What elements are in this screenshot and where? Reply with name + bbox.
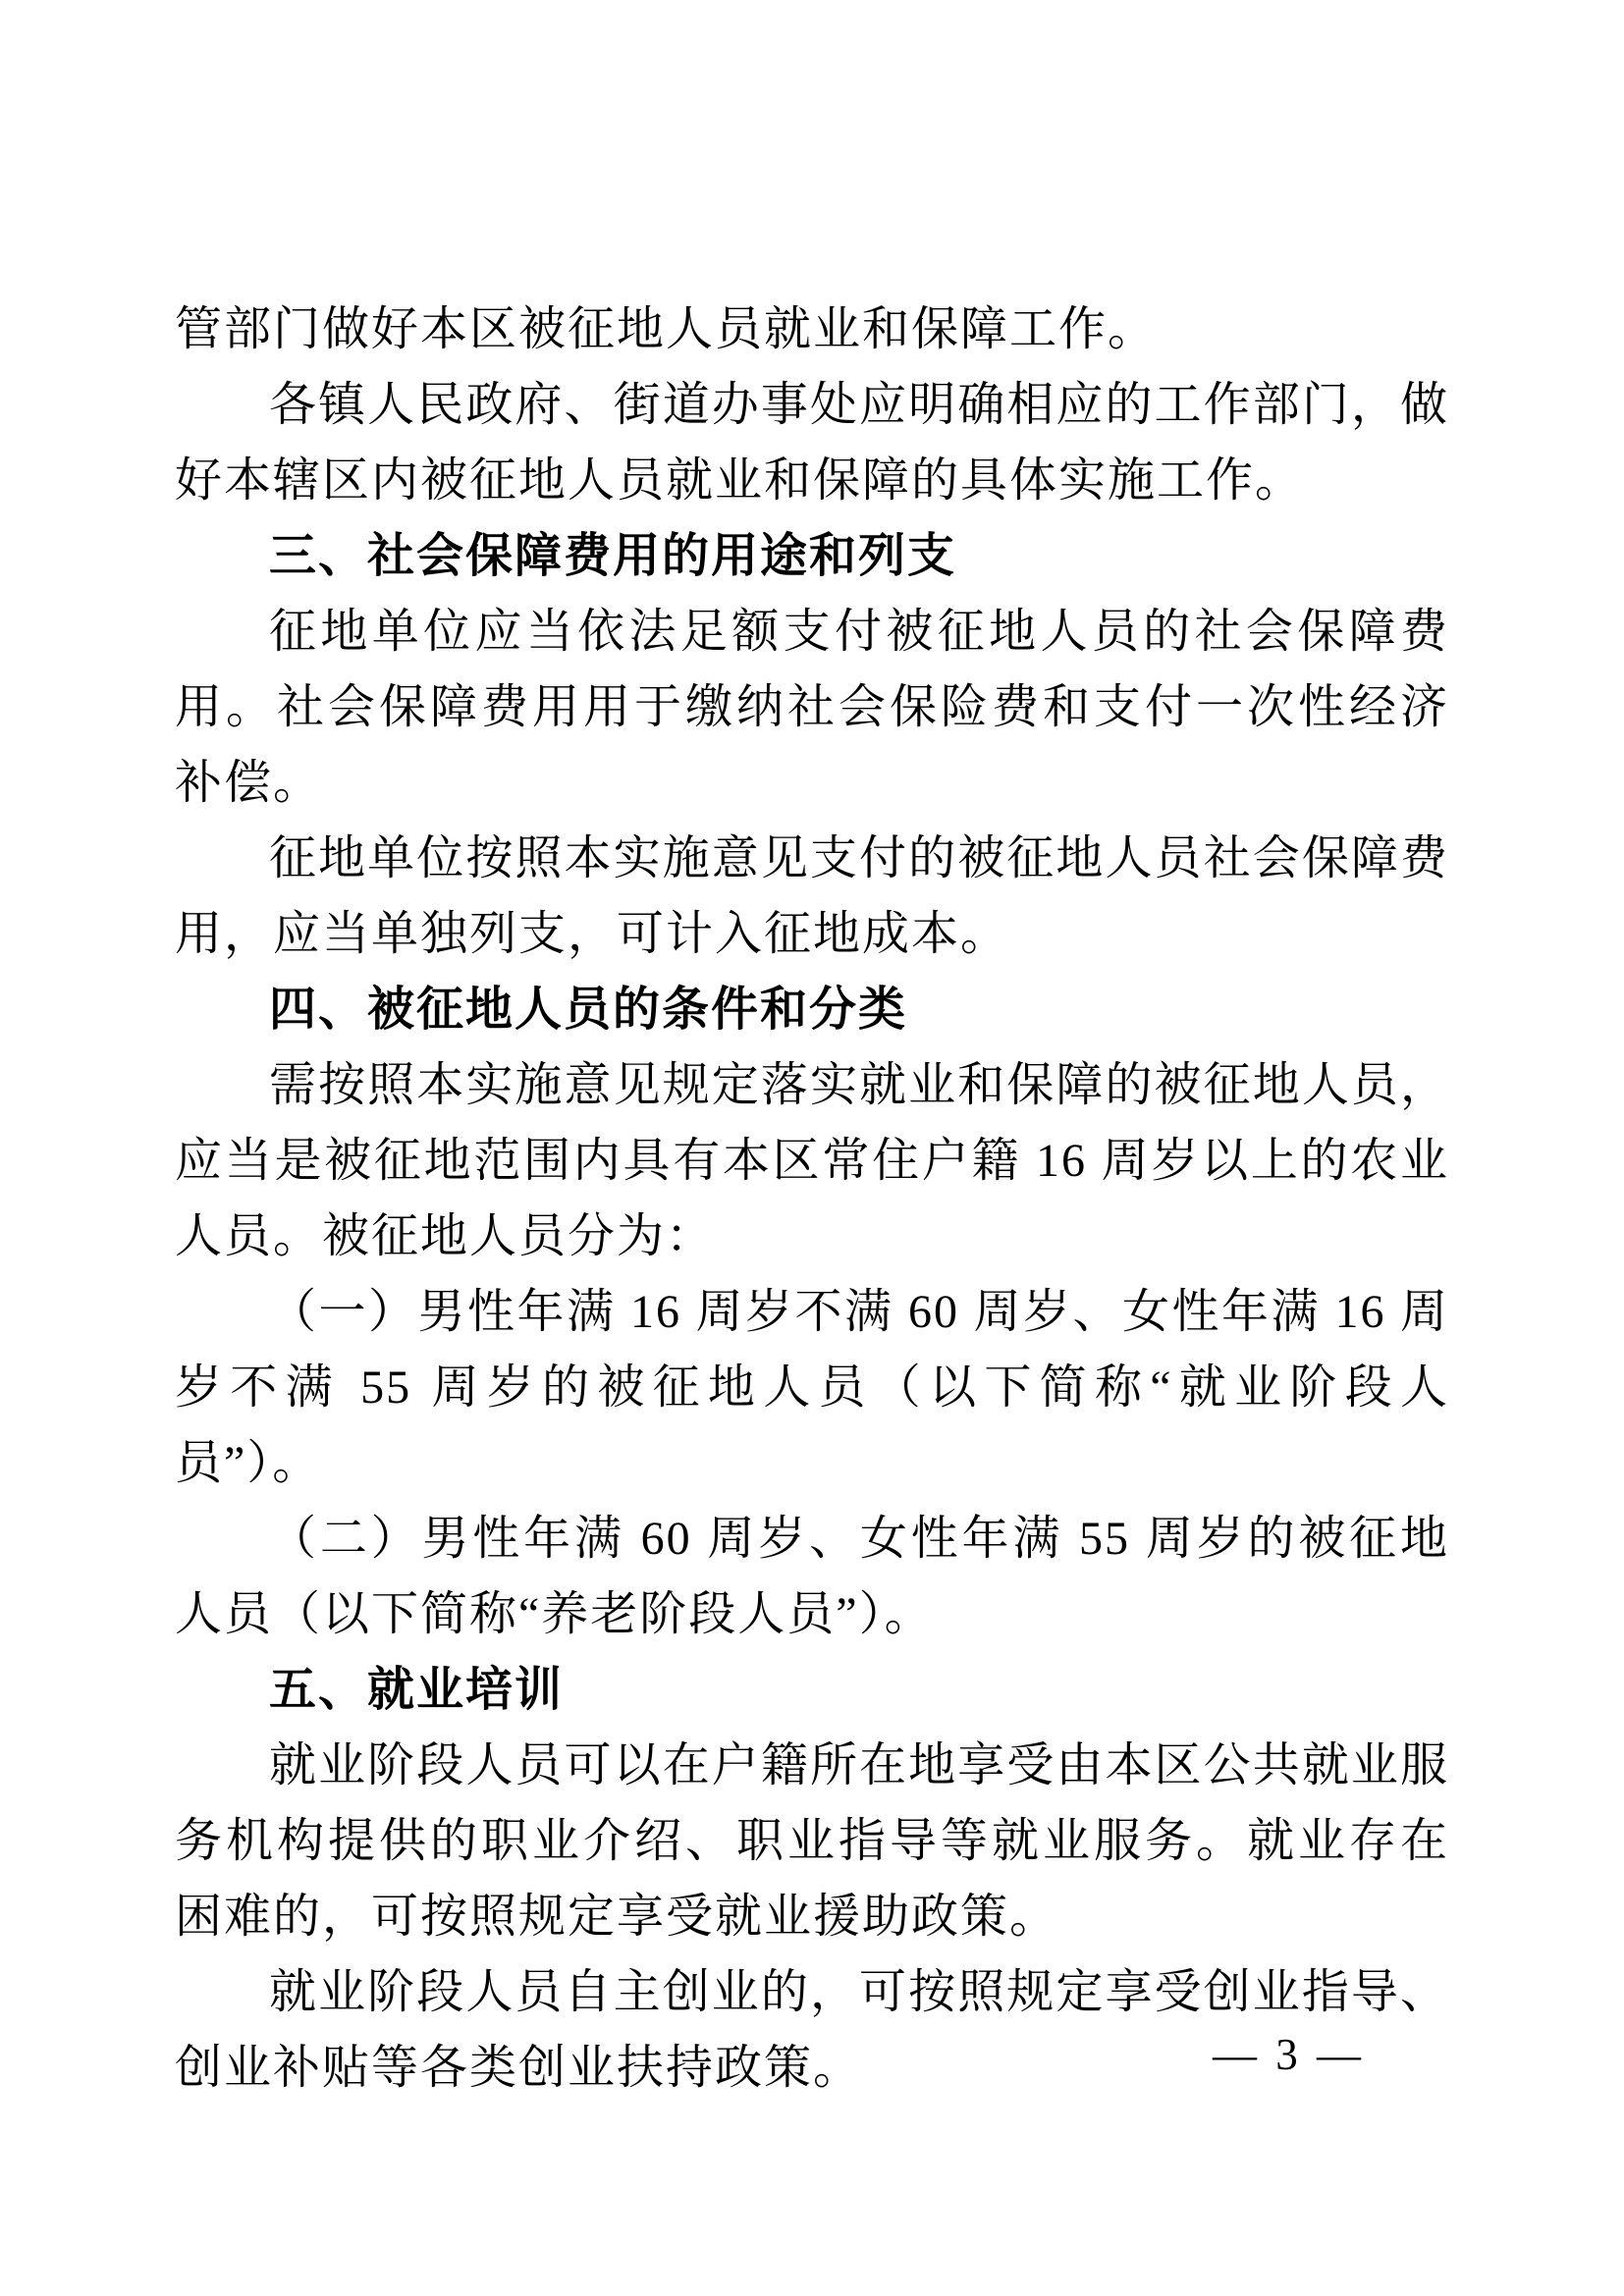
paragraph: 就业阶段人员可以在户籍所在地享受由本区公共就业服务机构提供的职业介绍、职业指导等…	[175, 1728, 1449, 1954]
paragraph: 各镇人民政府、街道办事处应明确相应的工作部门，做好本辖区内被征地人员就业和保障的…	[175, 367, 1449, 518]
section-heading-4: 四、被征地人员的条件和分类	[175, 972, 1449, 1047]
document-body: 管部门做好本区被征地人员就业和保障工作。 各镇人民政府、街道办事处应明确相应的工…	[175, 292, 1449, 2106]
page-number: — 3 —	[1213, 2030, 1365, 2079]
paragraph: （二）男性年满 60 周岁、女性年满 55 周岁的被征地人员（以下简称“养老阶段…	[175, 1501, 1449, 1652]
paragraph-continuation: 管部门做好本区被征地人员就业和保障工作。	[175, 292, 1449, 367]
paragraph: （一）男性年满 16 周岁不满 60 周岁、女性年满 16 周岁不满 55 周岁…	[175, 1274, 1449, 1501]
paragraph: 需按照本实施意见规定落实就业和保障的被征地人员，应当是被征地范围内具有本区常住户…	[175, 1047, 1449, 1274]
document-page: 管部门做好本区被征地人员就业和保障工作。 各镇人民政府、街道办事处应明确相应的工…	[0, 0, 1624, 2296]
section-heading-3: 三、社会保障费用的用途和列支	[175, 518, 1449, 594]
paragraph: 征地单位按照本实施意见支付的被征地人员社会保障费用，应当单独列支，可计入征地成本…	[175, 821, 1449, 972]
section-heading-5: 五、就业培训	[175, 1652, 1449, 1728]
paragraph: 征地单位应当依法足额支付被征地人员的社会保障费用。社会保障费用用于缴纳社会保险费…	[175, 594, 1449, 821]
